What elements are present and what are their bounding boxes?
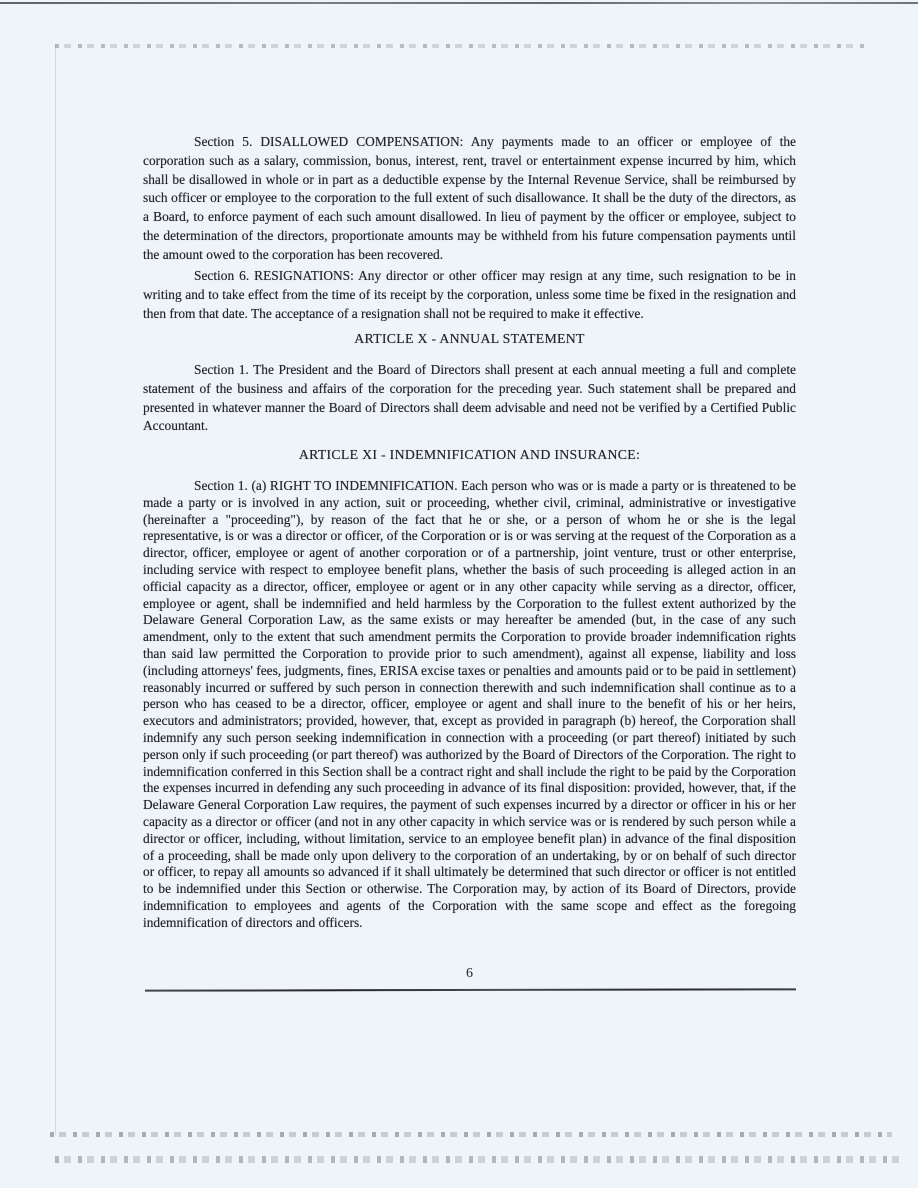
- scan-top-edge-line: [0, 2, 918, 4]
- heading-article-x-annual-statement: ARTICLE X - ANNUAL STATEMENT: [143, 331, 796, 347]
- scan-paper-bottom-shadow: [55, 1156, 905, 1163]
- footer-rule: [145, 988, 796, 991]
- scan-paper-bottom-edge: [50, 1132, 892, 1137]
- paragraph-section-6-resignations: Section 6. RESIGNATIONS: Any director or…: [143, 267, 796, 323]
- paragraph-section-1a-right-to-indemnification: Section 1. (a) RIGHT TO INDEMNIFICATION.…: [143, 478, 796, 932]
- paragraph-section-1-annual-statement: Section 1. The President and the Board o…: [143, 361, 796, 436]
- page-number: 6: [143, 966, 796, 982]
- paragraph-section-5-disallowed-compensation: Section 5. DISALLOWED COMPENSATION: Any …: [143, 133, 796, 265]
- scan-paper-top-edge: [55, 44, 867, 48]
- scan-paper-left-edge: [55, 45, 56, 1135]
- heading-article-xi-indemnification: ARTICLE XI - INDEMNIFICATION AND INSURAN…: [143, 447, 796, 463]
